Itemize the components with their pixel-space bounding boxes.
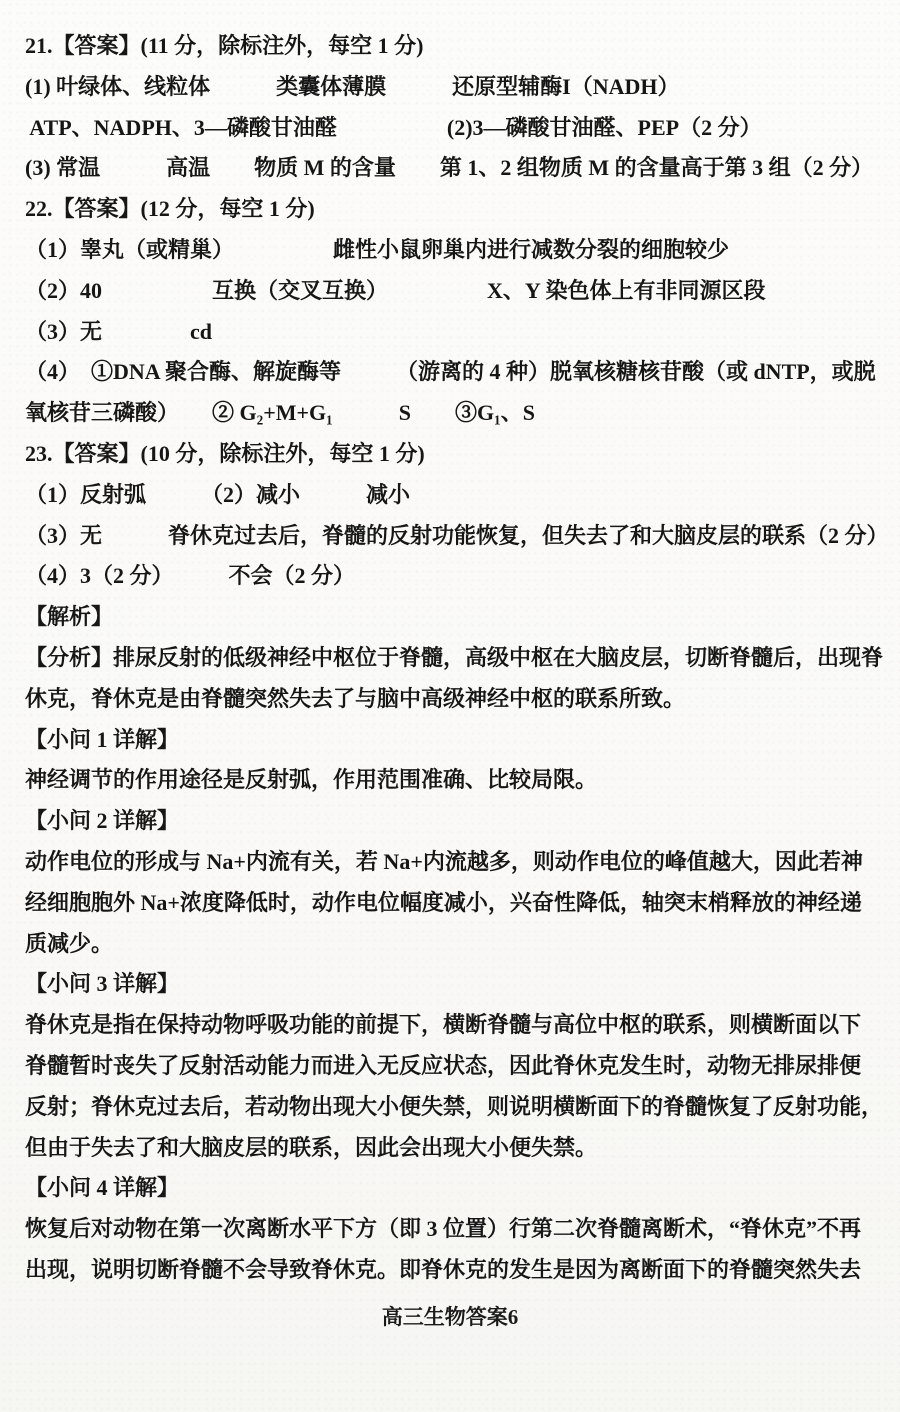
text-line: （1）睾丸（或精巢） 雌性小鼠卵巢内进行减数分裂的细胞较少 bbox=[25, 230, 883, 271]
text-line: 脊髓暂时丧失了反射活动能力而进入无反应状态，因此脊休克发生时，动物无排尿排便 bbox=[25, 1046, 883, 1087]
text-line: 出现，说明切断脊髓不会导致脊休克。即脊休克的发生是因为离断面下的脊髓突然失去 bbox=[25, 1250, 883, 1291]
text-line: 【分析】排尿反射的低级神经中枢位于脊髓，高级中枢在大脑皮层，切断脊髓后，出现脊 bbox=[25, 638, 883, 679]
text-line: （4） ①DNA 聚合酶、解旋酶等 （游离的 4 种）脱氧核糖核苷酸（或 dNT… bbox=[25, 352, 883, 393]
text-line: 【小问 4 详解】 bbox=[25, 1168, 883, 1209]
text-line: 休克，脊休克是由脊髓突然失去了与脑中高级神经中枢的联系所致。 bbox=[25, 679, 883, 720]
text-line: 质减少。 bbox=[25, 924, 883, 965]
text-line: 【小问 1 详解】 bbox=[25, 720, 883, 761]
text-line: 脊休克是指在保持动物呼吸功能的前提下，横断脊髓与高位中枢的联系，则横断面以下 bbox=[25, 1005, 883, 1046]
text-line: 神经调节的作用途径是反射弧，作用范围准确、比较局限。 bbox=[25, 760, 883, 801]
scanned-answer-page: 21.【答案】(11 分，除标注外，每空 1 分)(1) 叶绿体、线粒体 类囊体… bbox=[0, 0, 900, 1412]
text-line: （3）无 cd bbox=[25, 312, 883, 353]
text-line: 动作电位的形成与 Na+内流有关，若 Na+内流越多，则动作电位的峰值越大，因此… bbox=[25, 842, 883, 883]
text-line: 23.【答案】(10 分，除标注外，每空 1 分) bbox=[25, 434, 883, 475]
text-line: （4）3（2 分） 不会（2 分） bbox=[25, 556, 883, 597]
text-line: 22.【答案】(12 分，每空 1 分) bbox=[25, 189, 883, 230]
page-footer: 高三生物答案6 bbox=[0, 1297, 900, 1337]
text-line: 反射；脊休克过去后，若动物出现大小便失禁，则说明横断面下的脊髓恢复了反射功能， bbox=[25, 1087, 883, 1128]
text-line: (1) 叶绿体、线粒体 类囊体薄膜 还原型辅酶I（NADH） bbox=[25, 67, 883, 108]
text-line: 【小问 3 详解】 bbox=[25, 964, 883, 1005]
text-line: 经细胞胞外 Na+浓度降低时，动作电位幅度减小，兴奋性降低，轴突末梢释放的神经递 bbox=[25, 883, 883, 924]
text-line: 【解析】 bbox=[25, 597, 883, 638]
text-line: ATP、NADPH、3—磷酸甘油醛 (2)3—磷酸甘油醛、PEP（2 分） bbox=[25, 108, 883, 149]
text-line: 氧核苷三磷酸） ② G₂+M+G₁ S ③G₁、S bbox=[25, 393, 883, 434]
text-line: 【小问 2 详解】 bbox=[25, 801, 883, 842]
text-line: 但由于失去了和大脑皮层的联系，因此会出现大小便失禁。 bbox=[25, 1128, 883, 1169]
text-line: （1）反射弧 （2）减小 减小 bbox=[25, 475, 883, 516]
document-body: 21.【答案】(11 分，除标注外，每空 1 分)(1) 叶绿体、线粒体 类囊体… bbox=[25, 26, 883, 1291]
text-line: 恢复后对动物在第一次离断水平下方（即 3 位置）行第二次脊髓离断术，“脊休克”不… bbox=[25, 1209, 883, 1250]
text-line: (3) 常温 高温 物质 M 的含量 第 1、2 组物质 M 的含量高于第 3 … bbox=[25, 148, 883, 189]
text-line: （3）无 脊休克过去后，脊髓的反射功能恢复，但失去了和大脑皮层的联系（2 分） bbox=[25, 516, 883, 557]
text-line: （2）40 互换（交叉互换） X、Y 染色体上有非同源区段 bbox=[25, 271, 883, 312]
text-line: 21.【答案】(11 分，除标注外，每空 1 分) bbox=[25, 26, 883, 67]
